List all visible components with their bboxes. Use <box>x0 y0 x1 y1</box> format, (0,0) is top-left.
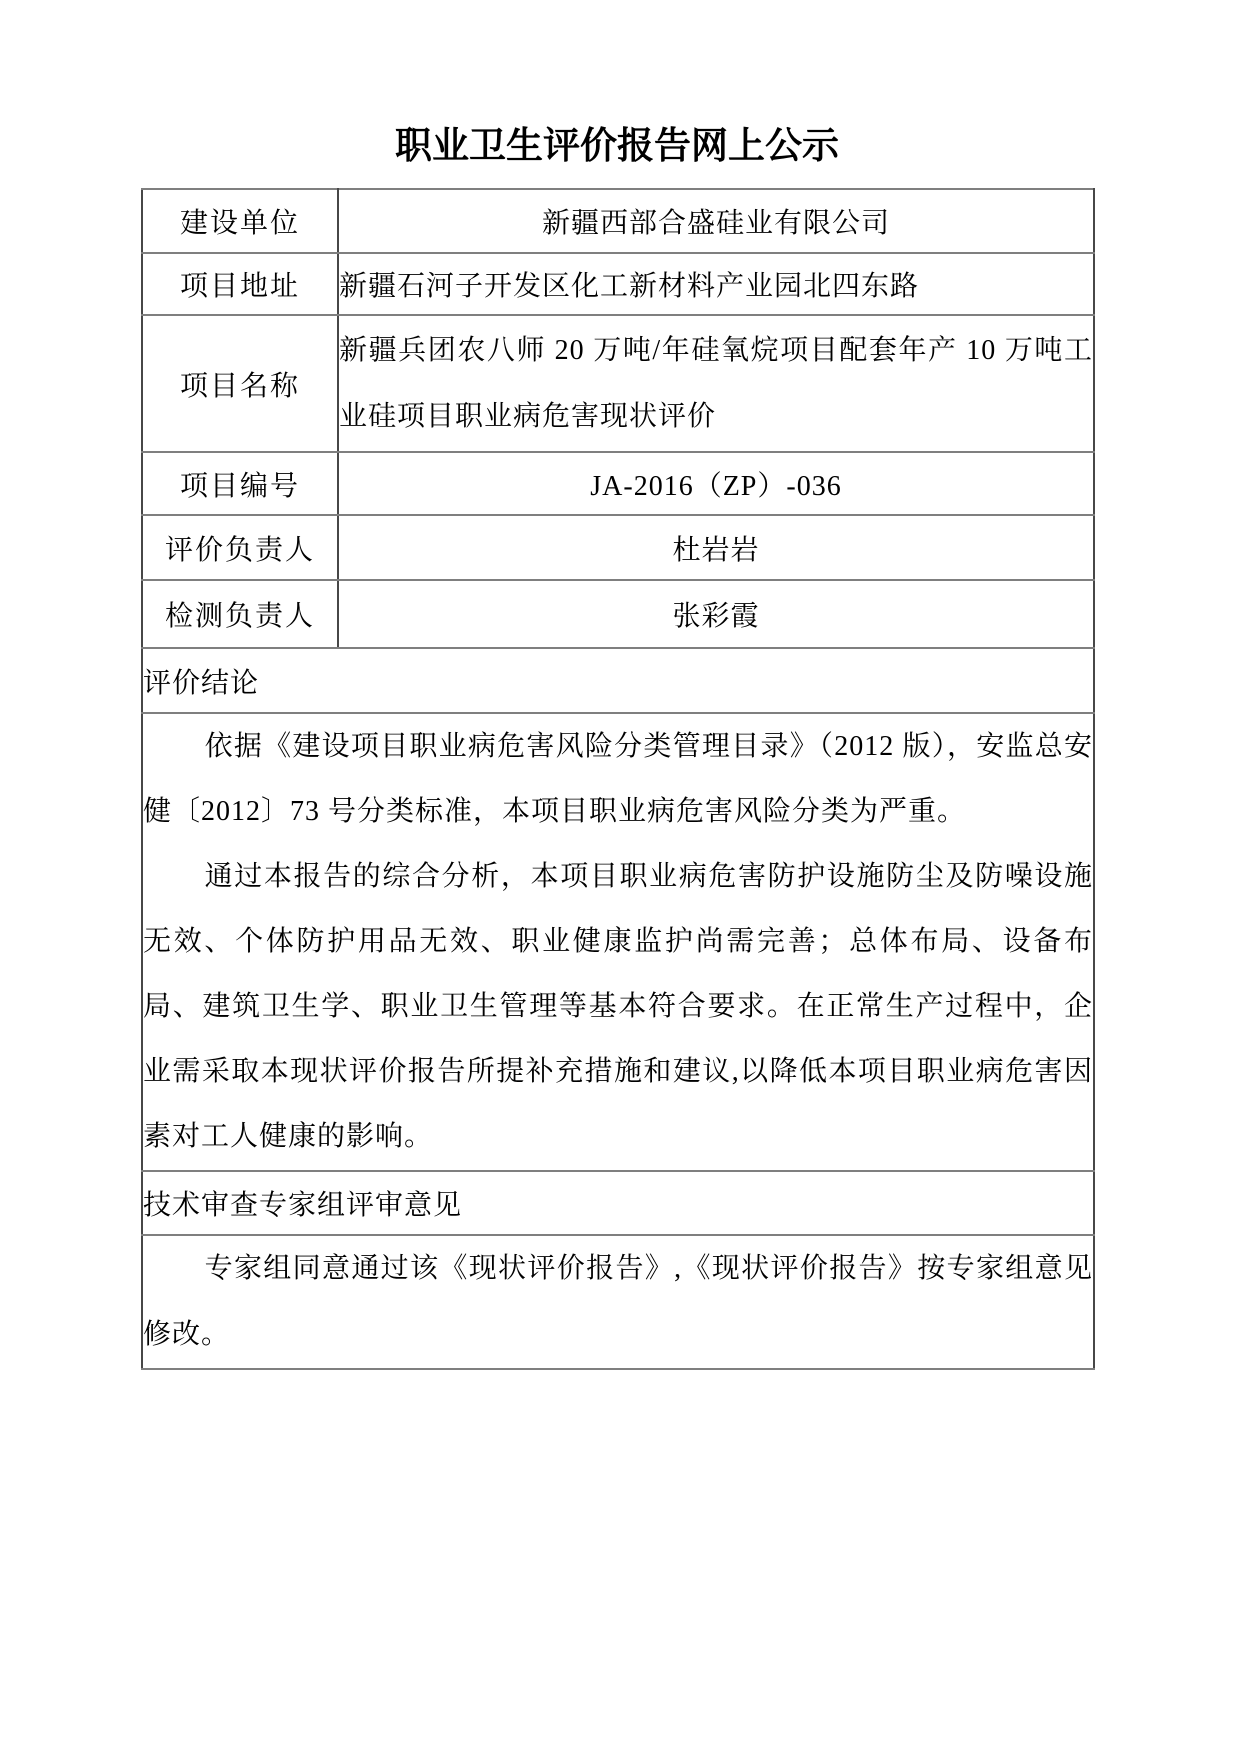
table-row: 技术审查专家组评审意见 <box>142 1171 1094 1235</box>
testing-lead-value: 张彩霞 <box>338 580 1094 648</box>
table-row: 项目名称 新疆兵团农八师 20 万吨/年硅氧烷项目配套年产 10 万吨工业硅项目… <box>142 315 1094 452</box>
conclusion-paragraph: 通过本报告的综合分析，本项目职业病危害防护设施防尘及防噪设施无效、个体防护用品无… <box>143 844 1093 1169</box>
expert-review-body-cell: 专家组同意通过该《现状评价报告》,《现状评价报告》按专家组意见修改。 <box>142 1235 1094 1369</box>
construction-unit-value: 新疆西部合盛硅业有限公司 <box>338 189 1094 253</box>
expert-review-section-header: 技术审查专家组评审意见 <box>142 1171 1094 1235</box>
table-row: 评价结论 <box>142 648 1094 713</box>
project-name-label: 项目名称 <box>142 315 338 452</box>
project-address-label: 项目地址 <box>142 253 338 315</box>
project-number-label: 项目编号 <box>142 452 338 515</box>
table-row: 项目编号 JA-2016（ZP）-036 <box>142 452 1094 515</box>
project-number-value: JA-2016（ZP）-036 <box>338 452 1094 515</box>
conclusion-body-cell: 依据《建设项目职业病危害风险分类管理目录》（2012 版），安监总安健〔2012… <box>142 713 1094 1171</box>
table-row: 评价负责人 杜岩岩 <box>142 515 1094 580</box>
table-row: 项目地址 新疆石河子开发区化工新材料产业园北四东路 <box>142 253 1094 315</box>
table-row: 专家组同意通过该《现状评价报告》,《现状评价报告》按专家组意见修改。 <box>142 1235 1094 1369</box>
table-row: 检测负责人 张彩霞 <box>142 580 1094 648</box>
table-row: 建设单位 新疆西部合盛硅业有限公司 <box>142 189 1094 253</box>
testing-lead-label: 检测负责人 <box>142 580 338 648</box>
table-row: 依据《建设项目职业病危害风险分类管理目录》（2012 版），安监总安健〔2012… <box>142 713 1094 1171</box>
document-page: 职业卫生评价报告网上公示 建设单位 新疆西部合盛硅业有限公司 项目地址 新疆石河… <box>0 0 1241 1754</box>
conclusion-paragraph: 依据《建设项目职业病危害风险分类管理目录》（2012 版），安监总安健〔2012… <box>143 714 1093 844</box>
conclusion-section-header: 评价结论 <box>142 648 1094 713</box>
evaluation-lead-value: 杜岩岩 <box>338 515 1094 580</box>
expert-review-paragraph: 专家组同意通过该《现状评价报告》,《现状评价报告》按专家组意见修改。 <box>143 1236 1093 1368</box>
project-name-value: 新疆兵团农八师 20 万吨/年硅氧烷项目配套年产 10 万吨工业硅项目职业病危害… <box>338 315 1094 452</box>
page-title: 职业卫生评价报告网上公示 <box>141 124 1093 170</box>
construction-unit-label: 建设单位 <box>142 189 338 253</box>
evaluation-lead-label: 评价负责人 <box>142 515 338 580</box>
report-table: 建设单位 新疆西部合盛硅业有限公司 项目地址 新疆石河子开发区化工新材料产业园北… <box>141 188 1095 1370</box>
project-address-value: 新疆石河子开发区化工新材料产业园北四东路 <box>338 253 1094 315</box>
